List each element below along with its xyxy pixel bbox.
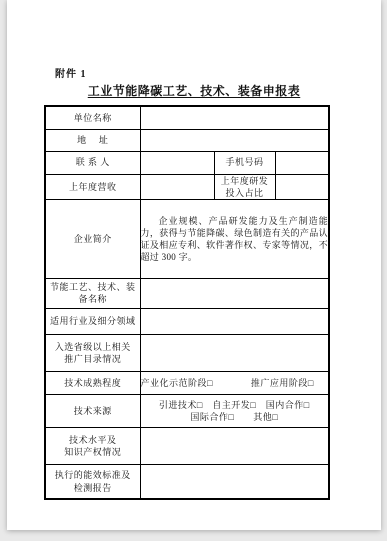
attachment-label: 附件 1 <box>55 65 87 80</box>
row-address: 地 址 <box>45 129 329 151</box>
row-standards: 执行的能效标准及 检测报告 <box>45 464 329 499</box>
row-catalog: 入选省级以上相关 推广目录情况 <box>45 334 329 371</box>
row-industry: 适用行业及细分领域 <box>45 308 329 334</box>
field-value-rd-ratio <box>275 174 329 199</box>
field-label-unit-name: 单位名称 <box>45 106 140 129</box>
field-value-tech-name <box>140 278 329 308</box>
field-label-contact: 联 系 人 <box>45 151 140 174</box>
field-label-tech-name: 节能工艺、技术、装 备名称 <box>45 278 140 308</box>
field-label-catalog: 入选省级以上相关 推广目录情况 <box>45 334 140 371</box>
field-label-maturity: 技术成熟程度 <box>45 371 140 394</box>
page-title: 工业节能降碳工艺、技术、装备申报表 <box>44 82 344 99</box>
field-label-company-profile: 企业简介 <box>45 199 140 278</box>
field-label-tech-source: 技术来源 <box>45 394 140 427</box>
field-label-tech-level: 技术水平及 知识产权情况 <box>45 427 140 464</box>
field-value-revenue <box>140 174 214 199</box>
field-value-address <box>140 129 329 151</box>
row-tech-source: 技术来源 引进技术□ 自主开发□ 国内合作□ 国际合作□ 其他□ <box>45 394 329 427</box>
field-value-mobile <box>275 151 329 174</box>
row-unit-name: 单位名称 <box>45 106 329 129</box>
field-label-rd-ratio: 上年度研发 投入占比 <box>214 174 275 199</box>
document-page: 附件 1 工业节能降碳工艺、技术、装备申报表 单位名称 地 址 联 系 人 手机… <box>7 0 381 530</box>
row-company-profile: 企业简介 企业规模、产品研发能力及生产制造能力，获得与节能降碳、绿色制造有关的产… <box>45 199 329 278</box>
row-tech-level: 技术水平及 知识产权情况 <box>45 427 329 464</box>
field-value-company-profile: 企业规模、产品研发能力及生产制造能力，获得与节能降碳、绿色制造有关的产品认证及相… <box>140 199 329 278</box>
field-value-unit-name <box>140 106 329 129</box>
field-value-tech-level <box>140 427 329 464</box>
document-viewport: 附件 1 工业节能降碳工艺、技术、装备申报表 单位名称 地 址 联 系 人 手机… <box>0 0 387 541</box>
application-form-table: 单位名称 地 址 联 系 人 手机号码 上年度营收 上年度研发 投入占比 <box>44 105 330 500</box>
field-label-industry: 适用行业及细分领域 <box>45 308 140 334</box>
field-label-mobile: 手机号码 <box>214 151 275 174</box>
field-value-contact <box>140 151 214 174</box>
field-label-revenue: 上年度营收 <box>45 174 140 199</box>
row-tech-name: 节能工艺、技术、装 备名称 <box>45 278 329 308</box>
field-value-standards <box>140 464 329 499</box>
row-contact: 联 系 人 手机号码 <box>45 151 329 174</box>
field-value-industry <box>140 308 329 334</box>
field-value-catalog <box>140 334 329 371</box>
field-options-maturity: 产业化示范阶段□ 推广应用阶段□ <box>140 371 329 394</box>
row-revenue: 上年度营收 上年度研发 投入占比 <box>45 174 329 199</box>
row-maturity: 技术成熟程度 产业化示范阶段□ 推广应用阶段□ <box>45 371 329 394</box>
field-label-standards: 执行的能效标准及 检测报告 <box>45 464 140 499</box>
field-options-tech-source: 引进技术□ 自主开发□ 国内合作□ 国际合作□ 其他□ <box>140 394 329 427</box>
field-label-address: 地 址 <box>45 129 140 151</box>
